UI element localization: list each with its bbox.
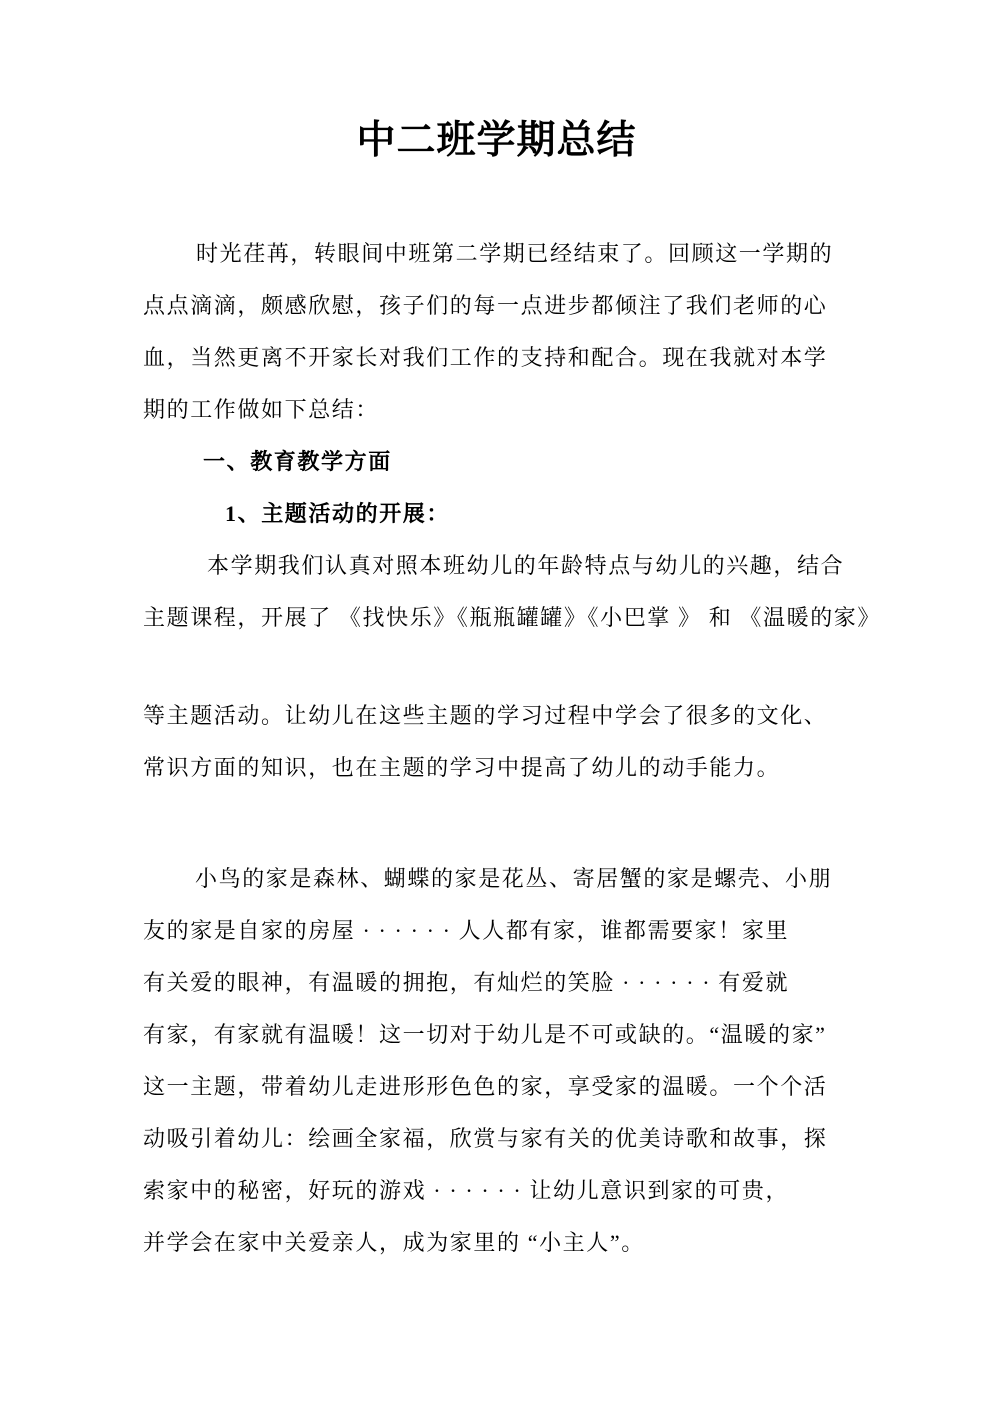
- text-line: 并学会在家中关爱亲人，成为家里的 “小主人”。: [143, 1217, 873, 1269]
- text-line: 有家，有家就有温暖！这一切对于幼儿是不可或缺的。“温暖的家”: [143, 1009, 873, 1061]
- text-line: 时光荏苒，转眼间中班第二学期已经结束了。回顾这一学期的: [143, 228, 873, 280]
- text-line: 友的家是自家的房屋 · · · · · · 人人都有家，谁都需要家！家里: [143, 905, 873, 957]
- paragraph-theme-continued: 等主题活动。让幼儿在这些主题的学习过程中学会了很多的文化、常识方面的知识，也在主…: [143, 690, 873, 794]
- text-line: 期的工作做如下总结：: [143, 384, 873, 436]
- paragraph-theme: 本学期我们认真对照本班幼儿的年龄特点与幼儿的兴趣，结合主题课程，开展了 《找快乐…: [143, 540, 873, 644]
- document-title: 中二班学期总结: [0, 114, 993, 168]
- text-line: 主题课程，开展了 《找快乐》《瓶瓶罐罐》《小巴掌 》 和 《温暖的家》: [143, 592, 873, 644]
- paragraph-intro: 时光荏苒，转眼间中班第二学期已经结束了。回顾这一学期的点点滴滴，颇感欣慰，孩子们…: [143, 228, 873, 436]
- text-line: 点点滴滴，颇感欣慰，孩子们的每一点进步都倾注了我们老师的心: [143, 280, 873, 332]
- text-line: 等主题活动。让幼儿在这些主题的学习过程中学会了很多的文化、: [143, 690, 873, 742]
- document-page: 中二班学期总结 时光荏苒，转眼间中班第二学期已经结束了。回顾这一学期的点点滴滴，…: [0, 0, 993, 1404]
- text-line: 这一主题，带着幼儿走进形形色色的家，享受家的温暖。一个个活: [143, 1061, 873, 1113]
- text-line: 常识方面的知识，也在主题的学习中提高了幼儿的动手能力。: [143, 742, 873, 794]
- text-line: 1、主题活动的开展：: [143, 488, 873, 540]
- paragraph-warm-home: 小鸟的家是森林、蝴蝶的家是花丛、寄居蟹的家是螺壳、小朋友的家是自家的房屋 · ·…: [143, 853, 873, 1269]
- text-line: 有关爱的眼神，有温暖的拥抱，有灿烂的笑脸 · · · · · · 有爱就: [143, 957, 873, 1009]
- text-line: 本学期我们认真对照本班幼儿的年龄特点与幼儿的兴趣，结合: [143, 540, 873, 592]
- text-line: 索家中的秘密，好玩的游戏 · · · · · · 让幼儿意识到家的可贵，: [143, 1165, 873, 1217]
- text-line: 血，当然更离不开家长对我们工作的支持和配合。现在我就对本学: [143, 332, 873, 384]
- text-line: 动吸引着幼儿：绘画全家福，欣赏与家有关的优美诗歌和故事，探: [143, 1113, 873, 1165]
- text-line: 一、教育教学方面: [143, 436, 873, 488]
- heading-theme-activities: 1、主题活动的开展：: [143, 488, 873, 540]
- heading-education-teaching: 一、教育教学方面: [143, 436, 873, 488]
- text-line: 小鸟的家是森林、蝴蝶的家是花丛、寄居蟹的家是螺壳、小朋: [143, 853, 873, 905]
